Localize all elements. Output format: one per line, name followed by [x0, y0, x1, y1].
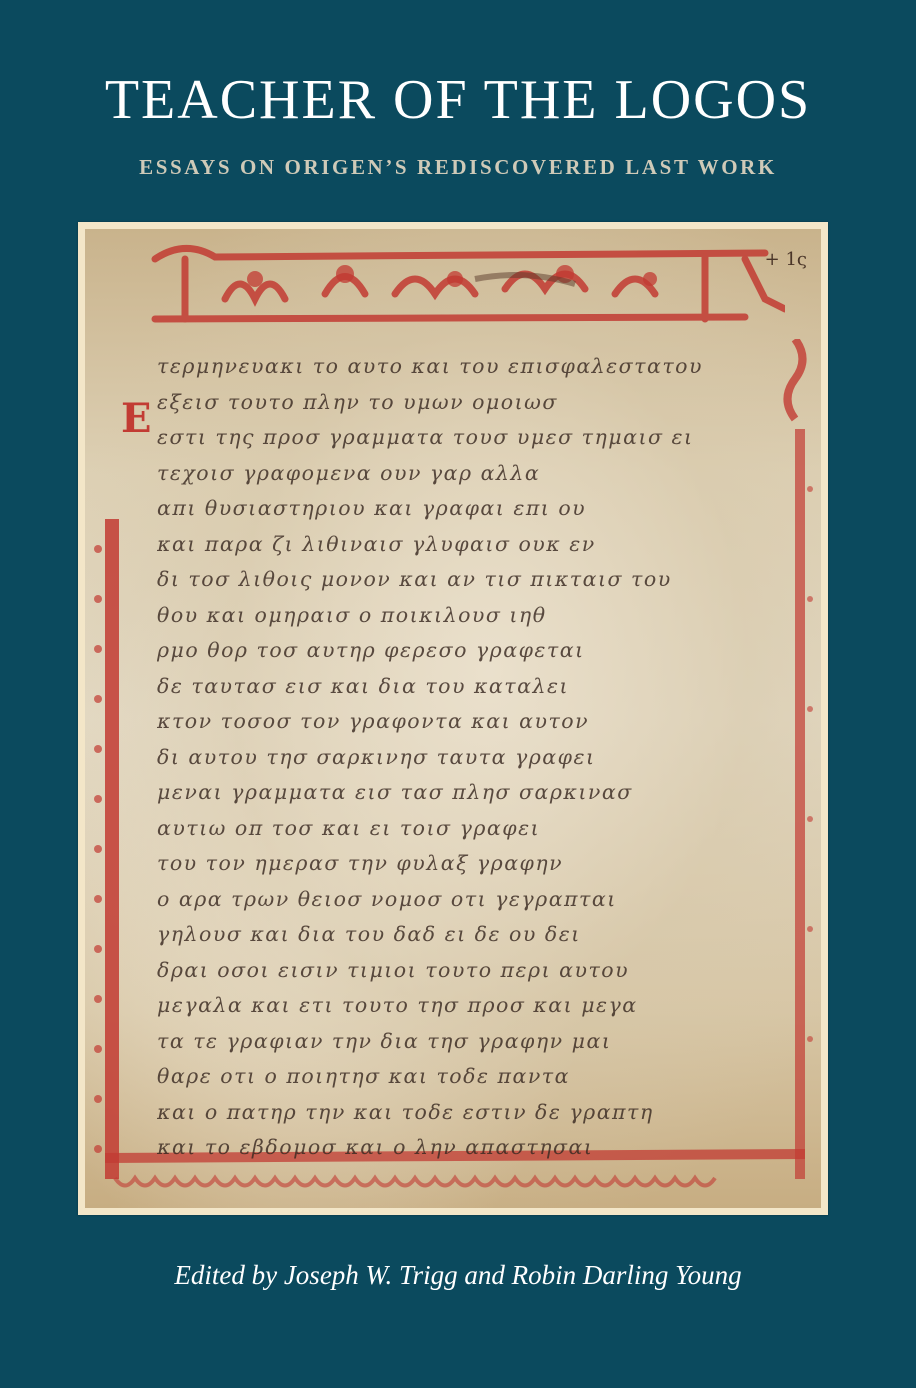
manuscript-line: θου και ομηραισ ο ποικιλουσ ιηθ — [157, 598, 777, 634]
manuscript-line: μεναι γραμματα εισ τασ πλησ σαρκινασ — [157, 775, 777, 811]
manuscript-line: απι θυσιαστηριου και γραφαι επι ου — [157, 491, 777, 527]
manuscript-line: και ο πατηρ την και τοδε εστιν δε γραπτη — [157, 1095, 777, 1131]
book-title: TEACHER OF THE LOGOS — [0, 72, 916, 128]
right-border-ornament-icon — [775, 339, 815, 1179]
book-subtitle: ESSAYS ON ORIGEN’S REDISCOVERED LAST WOR… — [0, 157, 916, 178]
editors-credit: Edited by Joseph W. Trigg and Robin Darl… — [0, 1262, 916, 1289]
manuscript-line: δραι οσοι εισιν τιμιοι τουτο περι αυτου — [157, 953, 777, 989]
manuscript-image: Ε + 1ς — [85, 229, 821, 1208]
manuscript-line: τα τε γραφιαν την δια τησ γραφην μαι — [157, 1024, 777, 1060]
manuscript-line: γηλουσ και δια του δαδ ει δε ου δει — [157, 917, 777, 953]
illuminated-initial: Ε — [121, 395, 152, 442]
manuscript-line: κτον τοσοσ τον γραφοντα και αυτον — [157, 704, 777, 740]
marginal-note: + 1ς — [765, 249, 807, 270]
manuscript-line: δι τοσ λιθοις μονον και αν τισ πικταισ τ… — [157, 562, 777, 598]
manuscript-line: θαρε οτι ο ποιητησ και τοδε παντα — [157, 1059, 777, 1095]
manuscript-line: εστι της προσ γραμματα τουσ υμεσ τημαισ … — [157, 420, 777, 456]
left-border-ornament-icon — [93, 519, 123, 1179]
manuscript-line: ο αρα τρων θειοσ νομοσ οτι γεγραπται — [157, 882, 777, 918]
manuscript-line: και το εβδομοσ και ο λην απαστησαι — [157, 1130, 777, 1166]
manuscript-line: αυτιω οπ τοσ και ει τοισ γραφει — [157, 811, 777, 847]
book-cover: TEACHER OF THE LOGOS ESSAYS ON ORIGEN’S … — [0, 0, 916, 1388]
manuscript-line: εξεισ τουτο πλην το υμων ομοιωσ — [157, 385, 777, 421]
manuscript-line: τεχοισ γραφομενα ουν γαρ αλλα — [157, 456, 777, 492]
manuscript-line: και παρα ζι λιθιναισ γλυφαισ ουκ εν — [157, 527, 777, 563]
manuscript-line: του τον ημερασ την φυλαξ γραφην — [157, 846, 777, 882]
manuscript-line: δε ταυτασ εισ και δια του καταλει — [157, 669, 777, 705]
manuscript-text: τερμηνευακι το αυτο και του επισφαλεστατ… — [157, 349, 777, 1166]
manuscript-line: ρμο θορ τοσ αυτηρ φερεσο γραφεται — [157, 633, 777, 669]
top-ornament-icon — [145, 239, 785, 331]
manuscript-line: τερμηνευακι το αυτο και του επισφαλεστατ… — [157, 349, 777, 385]
manuscript-line: μεγαλα και ετι τουτο τησ προσ και μεγα — [157, 988, 777, 1024]
manuscript-frame: Ε + 1ς — [78, 222, 828, 1215]
manuscript-line: δι αυτου τησ σαρκινησ ταυτα γραφει — [157, 740, 777, 776]
